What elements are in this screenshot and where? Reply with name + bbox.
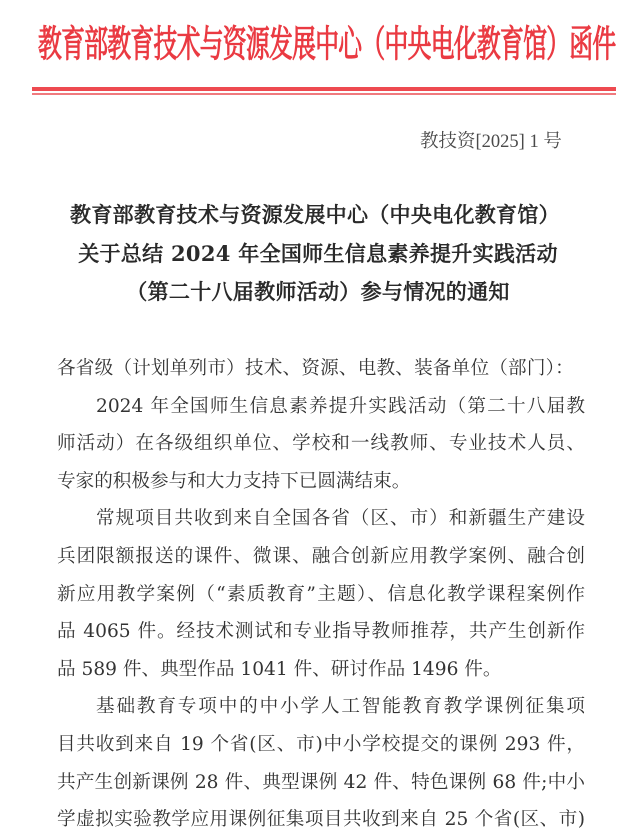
title-line: （第二十八届教师活动）参与情况的通知 (0, 273, 636, 312)
body-line: 学虚拟实验教学应用课例征集项目共收到来自 25 个省(区、市) (57, 801, 585, 834)
body-line: 常规项目共收到来自全国各省（区、市）和新疆生产建设 (57, 500, 585, 538)
body-line: 品 4065 件。经技术测试和专业指导教师推荐，共产生创新作 (57, 613, 585, 651)
body-line: 兵团限额报送的课件、微课、融合创新应用教学案例、融合创 (57, 538, 585, 576)
document-title: 教育部教育技术与资源发展中心（中央电化教育馆） 关于总结 2024 年全国师生信… (0, 196, 636, 312)
body-line: 专家的积极参与和大力支持下已圆满结束。 (57, 463, 585, 501)
paragraph-3: 基础教育专项中的中小学人工智能教育教学课例征集项 目共收到来自 19 个省(区、… (57, 688, 585, 834)
body-line: 基础教育专项中的中小学人工智能教育教学课例征集项 (57, 688, 585, 726)
document-body: 各省级（计划单列市）技术、资源、电教、装备单位（部门）： 2024 年全国师生信… (57, 350, 585, 834)
body-line: 目共收到来自 19 个省(区、市)中小学校提交的课例 293 件， (57, 726, 585, 764)
title-line: 关于总结 2024 年全国师生信息素养提升实践活动 (0, 235, 636, 274)
body-line: 2024 年全国师生信息素养提升实践活动（第二十八届教 (57, 388, 585, 426)
letterhead-rule-thin (32, 93, 616, 95)
body-line: 品 589 件、典型作品 1041 件、研讨作品 1496 件。 (57, 651, 585, 689)
body-line: 师活动）在各级组织单位、学校和一线教师、专业技术人员、 (57, 425, 585, 463)
salutation: 各省级（计划单列市）技术、资源、电教、装备单位（部门）： (57, 350, 585, 388)
paragraph-2: 常规项目共收到来自全国各省（区、市）和新疆生产建设 兵团限额报送的课件、微课、融… (57, 500, 585, 688)
letterhead-title: 教育部教育技术与资源发展中心（中央电化教育馆）函件 (38, 22, 616, 67)
letterhead: 教育部教育技术与资源发展中心（中央电化教育馆）函件 (38, 22, 610, 64)
body-line: 共产生创新课例 28 件、典型课例 42 件、特色课例 68 件;中小 (57, 764, 585, 802)
letterhead-rule-thick (32, 87, 616, 91)
body-line: 新应用教学案例（“素质教育”主题）、信息化教学课程案例作 (57, 576, 585, 614)
title-line: 教育部教育技术与资源发展中心（中央电化教育馆） (0, 196, 636, 235)
document-number: 教技资[2025] 1 号 (420, 128, 562, 156)
paragraph-1: 2024 年全国师生信息素养提升实践活动（第二十八届教 师活动）在各级组织单位、… (57, 388, 585, 501)
